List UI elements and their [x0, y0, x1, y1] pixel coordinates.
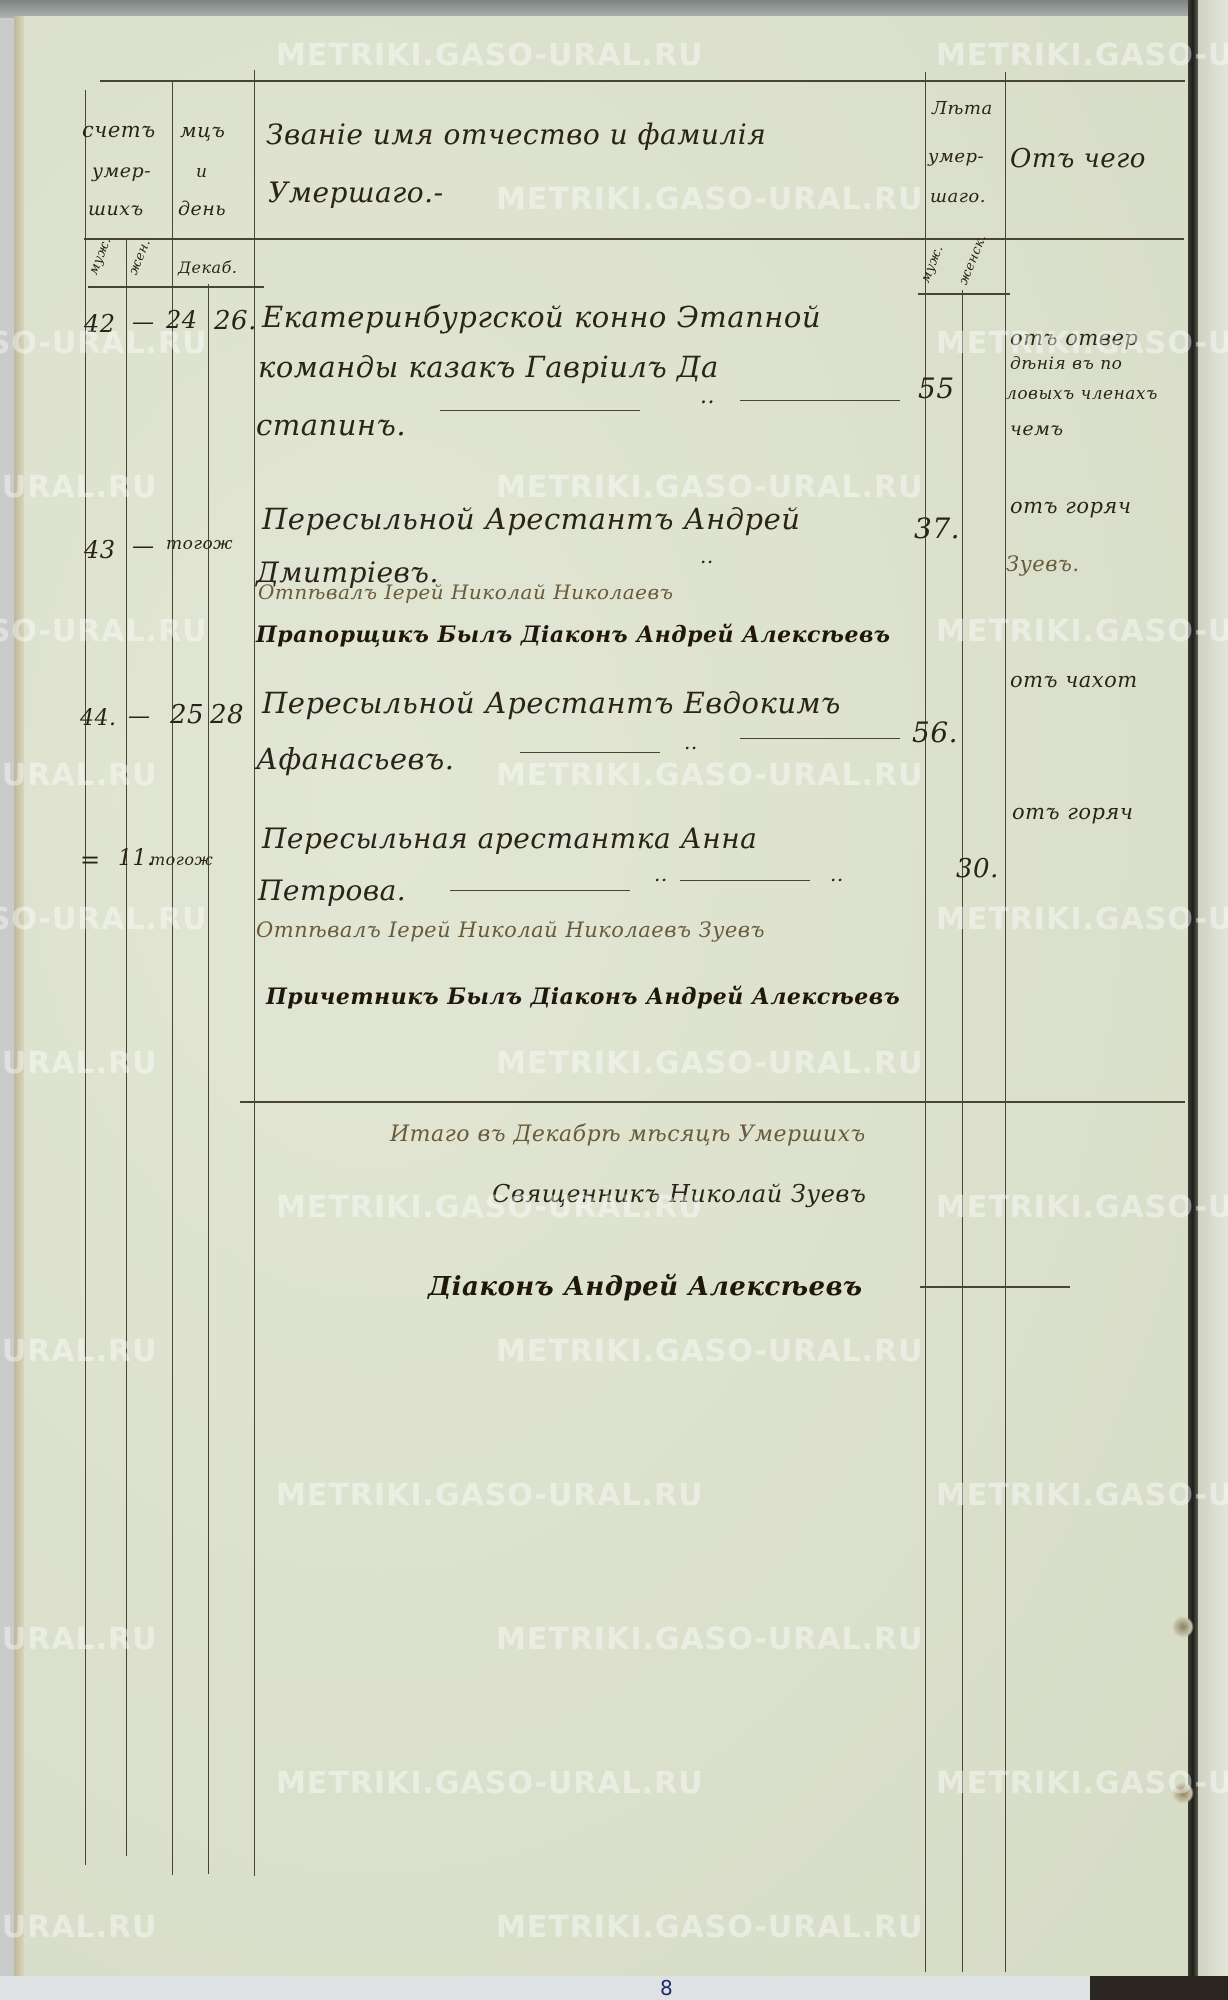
entry-age-male: 55	[918, 372, 955, 405]
entry-ditto: ..	[684, 730, 698, 754]
folio-mark: 8	[660, 1976, 673, 2000]
entry-text-line: Петрова.	[258, 874, 406, 907]
ruling-subheader-bottom	[88, 286, 264, 288]
ruling-col-cause-left	[1005, 72, 1006, 1972]
entry-text-line: команды казакъ Гавріилъ Да	[258, 350, 719, 384]
header-name-line1: Званіе имя отчество и фамилія	[266, 118, 766, 151]
entry-text-line: Пересыльная арестантка Анна	[262, 822, 757, 855]
binding-hole	[1172, 1616, 1194, 1638]
entry-number: 43	[84, 536, 116, 564]
header-date-line1: мцъ	[180, 118, 225, 142]
header-count-line2: умер-	[92, 160, 151, 182]
ruling-top	[100, 80, 1185, 82]
binding-hole	[1172, 1782, 1194, 1804]
header-age-line2: умер-	[928, 146, 984, 167]
ruling-header-bottom	[84, 238, 1184, 240]
entry-cause-line: дѣнія въ по	[1010, 354, 1122, 374]
entry-number: 42	[84, 310, 116, 338]
entry-cause-line: Зуевъ.	[1006, 552, 1080, 576]
entry-cause-line: ловыхъ членахъ	[1006, 384, 1158, 404]
entry-day: 26.	[214, 306, 257, 336]
header-date-line3: день	[178, 198, 226, 220]
header-count-line3: шихъ	[88, 198, 144, 220]
header-age-line3: шаго.	[930, 186, 986, 207]
entry-text-line: Афанасьевъ.	[256, 742, 454, 776]
entry-ditto: ..	[830, 862, 844, 886]
entry-day: тогож	[150, 850, 213, 869]
ruling-col-age-mid	[962, 290, 963, 1972]
entry-text-line: стапинъ.	[256, 408, 406, 442]
header-cause: Отъ чего	[1010, 144, 1146, 174]
entry-fill-line	[520, 752, 660, 753]
entry-date-num: тогож	[166, 534, 233, 554]
entry-dash: —	[132, 534, 155, 559]
signature-underline	[920, 1286, 1070, 1288]
facing-page-edge	[1198, 0, 1228, 2000]
entry-text-line: Екатеринбургской конно Этапной	[262, 300, 821, 334]
entry-cause-line: отъ отвер	[1010, 326, 1138, 350]
header-date-line2: и	[196, 162, 207, 182]
entry-date-num: 25	[170, 700, 204, 730]
entry-cause-line: отъ горяч	[1012, 800, 1133, 824]
scan-dark-corner	[1090, 1976, 1228, 2000]
ruling-col-name-left	[254, 70, 255, 1876]
ruling-col-count-mid	[126, 238, 127, 1856]
entry-age-male: 56.	[912, 716, 958, 749]
entry-age-female: 30.	[956, 854, 999, 884]
entry-cause-line: отъ чахот	[1010, 668, 1138, 692]
summary-deacon-signature: Діаконъ Андрей Алексѣевъ	[428, 1272, 863, 1302]
summary-total-line: Итаго въ Декабрѣ мѣсяцѣ Умершихъ	[390, 1122, 866, 1147]
entry-cause-line: отъ горяч	[1010, 494, 1131, 518]
entry-ditto: ..	[700, 544, 714, 568]
entry-cause-line: чемъ	[1010, 418, 1063, 440]
entry-clergy-note: Причетникъ Былъ Діаконъ Андрей Алексѣевъ	[266, 984, 900, 1010]
entry-day: 28	[210, 700, 244, 730]
entry-fill-line	[450, 890, 630, 891]
scan-background-bottom	[0, 1976, 1228, 2000]
entry-officiant-note: Отпѣвалъ Іерей Николай Николаевъ Зуевъ	[256, 918, 765, 942]
entry-fill-line	[740, 738, 900, 739]
entry-ditto: ..	[700, 384, 715, 409]
ruling-col-date-mid	[208, 284, 209, 1874]
entry-number: =	[80, 846, 101, 874]
entry-date-num: 24	[166, 306, 198, 334]
entry-ditto: ..	[654, 862, 668, 886]
header-date-month: Декаб.	[178, 258, 237, 277]
page-stack-edge	[14, 16, 24, 1978]
entry-text-line: Пересыльной Арестантъ Евдокимъ	[262, 686, 841, 720]
header-name-line2: Умершаго.-	[268, 176, 444, 209]
entry-number: 44.	[80, 706, 117, 731]
entry-fill-line	[680, 880, 810, 881]
header-age-line1: Лѣта	[932, 98, 993, 119]
entry-clergy-note: Прапорщикъ Былъ Діаконъ Андрей Алексѣевъ	[256, 622, 890, 648]
entry-dash: —	[132, 310, 155, 335]
ruling-col-date-left	[172, 80, 173, 1875]
book-binding	[1188, 0, 1198, 2000]
entry-fill-line	[440, 410, 640, 411]
entry-text-line: Пересыльной Арестантъ Андрей	[262, 502, 800, 536]
ruling-col-age-left	[925, 72, 926, 1972]
entry-age-male: 37.	[914, 512, 960, 545]
summary-priest-signature: Священникъ Николай Зуевъ	[492, 1180, 866, 1208]
header-count-line1: счетъ	[82, 118, 156, 142]
ruling-age-subheader-bottom	[918, 293, 1010, 295]
ruling-entries-bottom	[240, 1101, 1185, 1103]
entry-fill-line	[740, 400, 900, 401]
entry-dash: —	[128, 704, 151, 729]
entry-officiant-note: Отпѣвалъ Іерей Николай Николаевъ	[258, 580, 673, 604]
ruling-col-count-left	[85, 90, 86, 1865]
